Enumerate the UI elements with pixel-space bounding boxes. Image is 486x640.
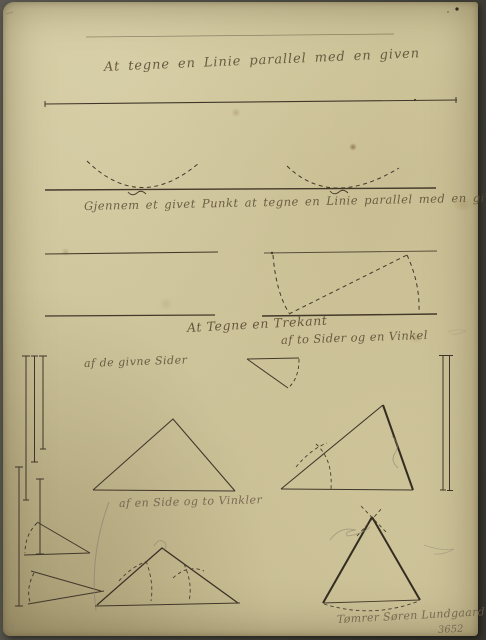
signature-number: 3652 <box>438 624 464 636</box>
stain-spot <box>158 298 174 310</box>
stain-spot <box>61 248 70 256</box>
photographed-document: At tegne en Linie parallel med en given … <box>0 0 486 640</box>
stain-spot <box>349 143 357 151</box>
stain-spot <box>231 108 241 117</box>
